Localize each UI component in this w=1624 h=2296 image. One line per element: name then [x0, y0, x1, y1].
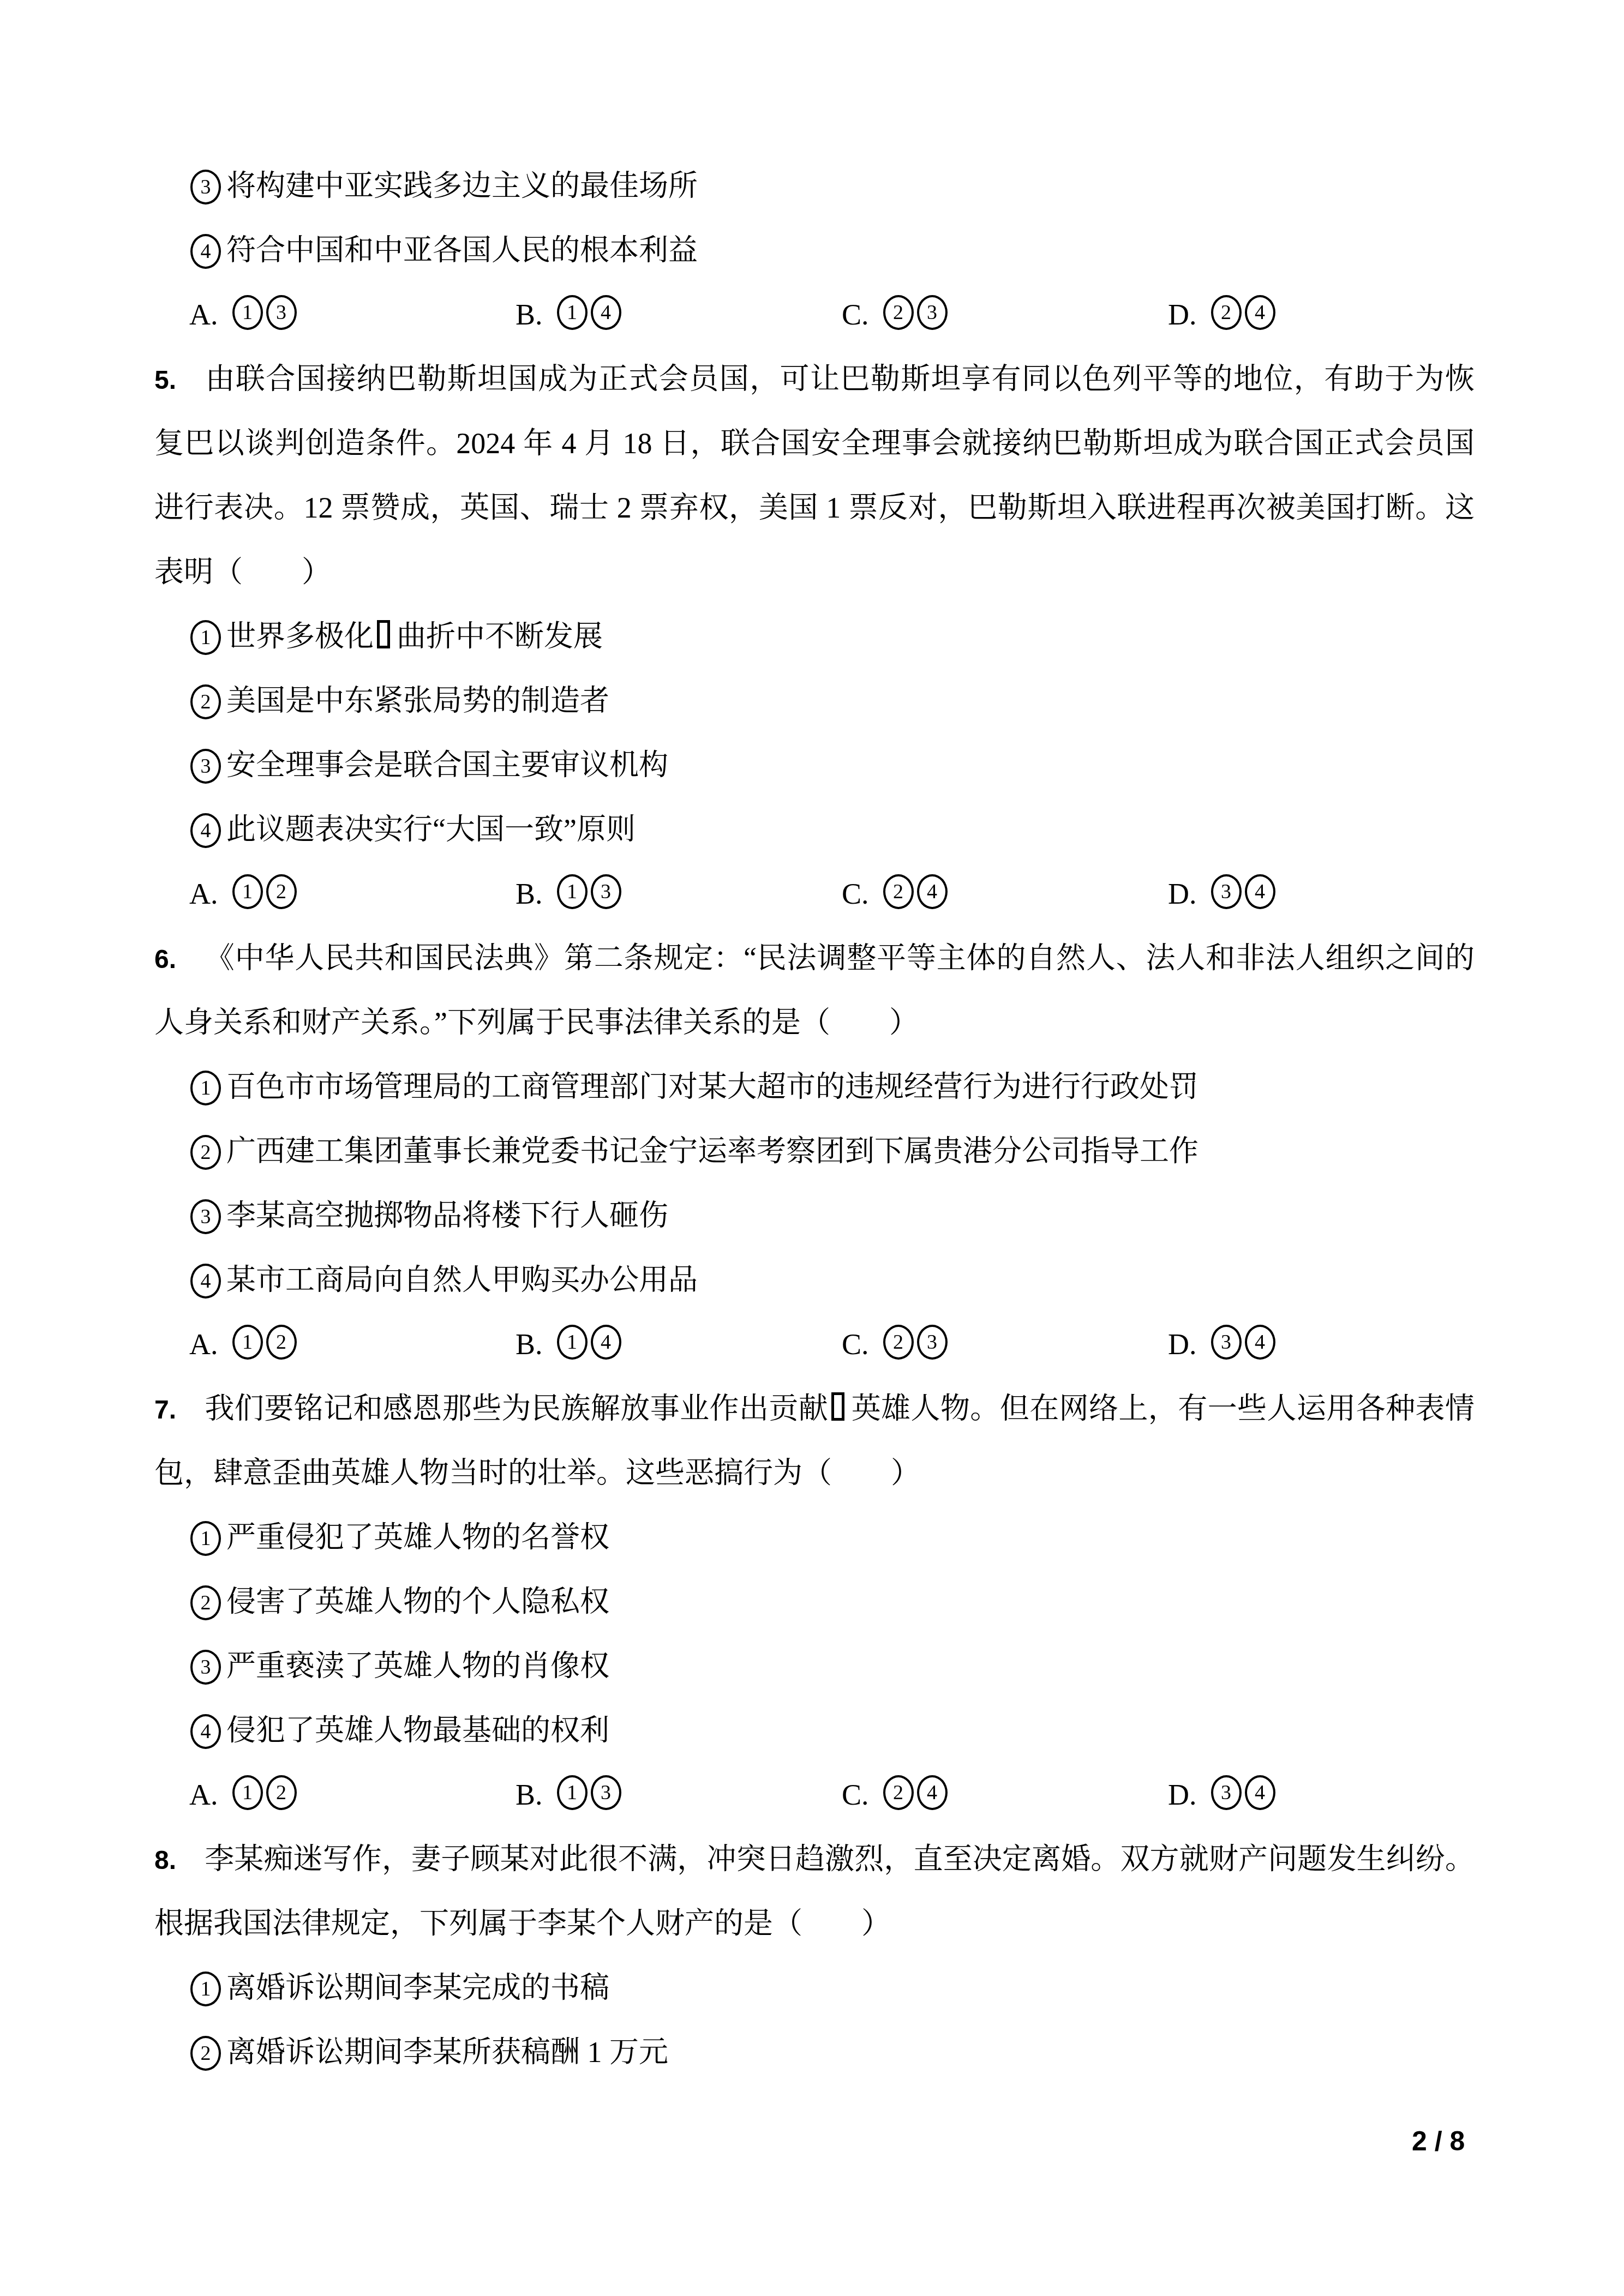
circled-number-icon: 3 — [1211, 874, 1242, 909]
circled-number-icon: 3 — [591, 874, 621, 909]
question6-option-2: 2广西建工集团董事长兼党委书记金宁运率考察团到下属贵港分公司指导工作 — [154, 1119, 1475, 1183]
circled-number-icon: 2 — [883, 874, 914, 909]
option-text: 广西建工集团董事长兼党委书记金宁运率考察团到下属贵港分公司指导工作 — [226, 1135, 1198, 1168]
circled-number-icon: 3 — [190, 749, 221, 784]
option-text: 符合中国和中亚各国人民的根本利益 — [226, 234, 698, 267]
circled-number-icon: 1 — [190, 1972, 221, 2006]
option-text: 离婚诉讼期间李某完成的书稿 — [226, 1972, 609, 2004]
answer-choice-d: D.34 — [1168, 1327, 1279, 1362]
answer-label: B. — [516, 877, 543, 911]
option-text: 侵犯了英雄人物最基础的权利 — [226, 1714, 609, 1747]
question7-stem-line1: 7.我们要铭记和感恩那些为民族解放事业作出贡献英雄人物。但在网络上，有一些人运用… — [154, 1377, 1475, 1441]
missing-glyph-box-icon — [831, 1392, 844, 1421]
answer-label: A. — [189, 1327, 218, 1361]
answer-label: C. — [842, 1327, 869, 1361]
circled-number-icon: 3 — [266, 295, 297, 330]
circled-number-icon: 2 — [266, 1325, 297, 1360]
question5-answer-row: A.12 B.13 C.24 D.34 — [154, 862, 1475, 926]
circled-number-icon: 4 — [190, 1714, 221, 1749]
answer-label: C. — [842, 298, 869, 332]
answer-choice-b: B.13 — [516, 1777, 842, 1812]
circled-number-icon: 3 — [1211, 1775, 1242, 1810]
circled-number-icon: 2 — [190, 684, 221, 719]
answer-choice-d: D.24 — [1168, 297, 1279, 332]
question-number: 8. — [154, 1829, 205, 1893]
answer-choice-a: A.12 — [189, 1777, 516, 1812]
circled-number-icon: 1 — [232, 295, 263, 330]
question6-option-3: 3李某高空抛掷物品将楼下行人砸伤 — [154, 1183, 1475, 1248]
option-text: 曲折中不断发展 — [397, 620, 603, 653]
answer-label: D. — [1168, 1778, 1197, 1812]
question5-stem-line4: 表明（ ） — [154, 540, 1475, 604]
circled-number-icon: 3 — [1211, 1325, 1242, 1360]
circled-number-icon: 2 — [190, 1585, 221, 1620]
stem-text: 英雄人物。但在网络上，有一些人运用各种表情 — [851, 1392, 1475, 1425]
circled-number-icon: 4 — [190, 234, 221, 269]
option-text: 严重侵犯了英雄人物的名誉权 — [226, 1521, 609, 1554]
missing-glyph-box-icon — [377, 620, 390, 648]
question7-option-1: 1严重侵犯了英雄人物的名誉权 — [154, 1505, 1475, 1570]
answer-label: D. — [1168, 298, 1197, 332]
question4-option-4: 4符合中国和中亚各国人民的根本利益 — [154, 218, 1475, 283]
question5-stem-line3: 进行表决。12 票赞成，英国、瑞士 2 票弃权，美国 1 票反对，巴勒斯坦入联进… — [154, 476, 1475, 540]
answer-label: A. — [189, 877, 218, 911]
question8-option-1: 1离婚诉讼期间李某完成的书稿 — [154, 1956, 1475, 2020]
circled-number-icon: 1 — [190, 620, 221, 655]
option-text: 侵害了英雄人物的个人隐私权 — [226, 1585, 609, 1618]
answer-choice-c: C.23 — [842, 297, 1168, 332]
circled-number-icon: 2 — [883, 1325, 914, 1360]
question5-option-4: 4此议题表决实行“大国一致”原则 — [154, 797, 1475, 862]
option-text: 严重亵渎了英雄人物的肖像权 — [226, 1650, 609, 1682]
answer-choice-a: A.13 — [189, 297, 516, 332]
circled-number-icon: 3 — [190, 1199, 221, 1234]
stem-text: 复巴以谈判创造条件。2024 年 4 月 18 日，联合国安全理事会就接纳巴勒斯… — [154, 427, 1475, 460]
answer-choice-a: A.12 — [189, 1327, 516, 1362]
circled-number-icon: 1 — [190, 1071, 221, 1105]
circled-number-icon: 1 — [557, 1325, 588, 1360]
circled-number-icon: 1 — [232, 874, 263, 909]
question7-option-4: 4侵犯了英雄人物最基础的权利 — [154, 1698, 1475, 1763]
circled-number-icon: 4 — [591, 295, 621, 330]
question7-option-3: 3严重亵渎了英雄人物的肖像权 — [154, 1634, 1475, 1698]
circled-number-icon: 1 — [557, 1775, 588, 1810]
stem-text: 我们要铭记和感恩那些为民族解放事业作出贡献 — [205, 1392, 828, 1425]
stem-text: 进行表决。12 票赞成，英国、瑞士 2 票弃权，美国 1 票反对，巴勒斯坦入联进… — [154, 491, 1475, 524]
question5-stem-line2: 复巴以谈判创造条件。2024 年 4 月 18 日，联合国安全理事会就接纳巴勒斯… — [154, 411, 1475, 476]
answer-choice-b: B.13 — [516, 876, 842, 911]
question7-option-2: 2侵害了英雄人物的个人隐私权 — [154, 1570, 1475, 1634]
circled-number-icon: 3 — [917, 295, 948, 330]
question5-stem-line1: 5.由联合国接纳巴勒斯坦国成为正式会员国，可让巴勒斯坦享有同以色列平等的地位，有… — [154, 347, 1475, 411]
circled-number-icon: 3 — [591, 1775, 621, 1810]
answer-label: D. — [1168, 1327, 1197, 1361]
answer-label: B. — [516, 1778, 543, 1812]
circled-number-icon: 4 — [190, 1264, 221, 1299]
answer-label: C. — [842, 877, 869, 911]
stem-text: 根据我国法律规定，下列属于李某个人财产的是（ ） — [154, 1907, 891, 1940]
page-content: 3将构建中亚实践多边主义的最佳场所 4符合中国和中亚各国人民的根本利益 A.13… — [154, 0, 1475, 2084]
answer-choice-d: D.34 — [1168, 876, 1279, 911]
question4-answer-row: A.13 B.14 C.23 D.24 — [154, 283, 1475, 347]
circled-number-icon: 4 — [1245, 1775, 1275, 1810]
stem-text: 表明（ ） — [154, 556, 331, 588]
circled-number-icon: 4 — [917, 874, 948, 909]
circled-number-icon: 3 — [190, 1650, 221, 1685]
stem-text: 李某痴迷写作，妻子顾某对此很不满，冲突日趋激烈，直至决定离婚。双方就财产问题发生… — [205, 1843, 1475, 1876]
circled-number-icon: 2 — [190, 1135, 221, 1170]
circled-number-icon: 2 — [266, 1775, 297, 1810]
answer-choice-b: B.14 — [516, 1327, 842, 1362]
stem-text: 《中华人民共和国民法典》第二条规定：“民法调整平等主体的自然人、法人和非法人组织… — [205, 942, 1475, 975]
circled-number-icon: 4 — [917, 1775, 948, 1810]
answer-choice-c: C.24 — [842, 1777, 1168, 1812]
question6-stem-line1: 6.《中华人民共和国民法典》第二条规定：“民法调整平等主体的自然人、法人和非法人… — [154, 926, 1475, 990]
question6-answer-row: A.12 B.14 C.23 D.34 — [154, 1312, 1475, 1377]
circled-number-icon: 2 — [883, 1775, 914, 1810]
page-number: 2 / 8 — [1412, 2125, 1465, 2157]
circled-number-icon: 1 — [190, 1521, 221, 1556]
circled-number-icon: 1 — [557, 295, 588, 330]
question8-stem-line2: 根据我国法律规定，下列属于李某个人财产的是（ ） — [154, 1891, 1475, 1956]
option-text: 某市工商局向自然人甲购买办公用品 — [226, 1264, 698, 1296]
answer-label: B. — [516, 298, 543, 332]
circled-number-icon: 2 — [883, 295, 914, 330]
circled-number-icon: 2 — [190, 2036, 221, 2071]
question5-option-3: 3安全理事会是联合国主要审议机构 — [154, 733, 1475, 797]
option-text: 李某高空抛掷物品将楼下行人砸伤 — [226, 1199, 668, 1232]
option-text: 百色市市场管理局的工商管理部门对某大超市的违规经营行为进行行政处罚 — [226, 1071, 1198, 1103]
question5-option-1: 1世界多极化曲折中不断发展 — [154, 604, 1475, 669]
answer-label: D. — [1168, 877, 1197, 911]
question-number: 7. — [154, 1378, 205, 1442]
circled-number-icon: 3 — [190, 170, 221, 205]
option-text: 世界多极化 — [226, 620, 374, 653]
exam-document-page: 3将构建中亚实践多边主义的最佳场所 4符合中国和中亚各国人民的根本利益 A.13… — [0, 0, 1624, 2296]
stem-text: 人身关系和财产关系。”下列属于民事法律关系的是（ ） — [154, 1006, 919, 1039]
circled-number-icon: 1 — [232, 1775, 263, 1810]
question6-stem-line2: 人身关系和财产关系。”下列属于民事法律关系的是（ ） — [154, 990, 1475, 1055]
circled-number-icon: 4 — [190, 813, 221, 848]
circled-number-icon: 2 — [1211, 295, 1242, 330]
circled-number-icon: 3 — [917, 1325, 948, 1360]
question6-option-4: 4某市工商局向自然人甲购买办公用品 — [154, 1248, 1475, 1312]
circled-number-icon: 4 — [1245, 874, 1275, 909]
question8-stem-line1: 8.李某痴迷写作，妻子顾某对此很不满，冲突日趋激烈，直至决定离婚。双方就财产问题… — [154, 1827, 1475, 1891]
stem-text: 包，肆意歪曲英雄人物当时的壮举。这些恶搞行为（ ） — [154, 1457, 920, 1489]
question7-answer-row: A.12 B.13 C.24 D.34 — [154, 1763, 1475, 1827]
option-text: 离婚诉讼期间李某所获稿酬 1 万元 — [226, 2036, 668, 2069]
answer-choice-b: B.14 — [516, 297, 842, 332]
circled-number-icon: 4 — [1245, 295, 1275, 330]
option-text: 将构建中亚实践多边主义的最佳场所 — [226, 170, 698, 202]
question5-option-2: 2美国是中东紧张局势的制造者 — [154, 669, 1475, 733]
circled-number-icon: 1 — [232, 1325, 263, 1360]
question8-option-2: 2离婚诉讼期间李某所获稿酬 1 万元 — [154, 2020, 1475, 2084]
answer-choice-d: D.34 — [1168, 1777, 1279, 1812]
question-number: 5. — [154, 348, 205, 413]
question6-option-1: 1百色市市场管理局的工商管理部门对某大超市的违规经营行为进行行政处罚 — [154, 1055, 1475, 1119]
circled-number-icon: 1 — [557, 874, 588, 909]
circled-number-icon: 4 — [591, 1325, 621, 1360]
answer-choice-c: C.23 — [842, 1327, 1168, 1362]
question4-option-3: 3将构建中亚实践多边主义的最佳场所 — [154, 154, 1475, 218]
circled-number-icon: 2 — [266, 874, 297, 909]
answer-choice-a: A.12 — [189, 876, 516, 911]
answer-label: B. — [516, 1327, 543, 1361]
question-number: 6. — [154, 928, 205, 992]
option-text: 此议题表决实行“大国一致”原则 — [226, 813, 636, 846]
circled-number-icon: 4 — [1245, 1325, 1275, 1360]
question7-stem-line2: 包，肆意歪曲英雄人物当时的壮举。这些恶搞行为（ ） — [154, 1441, 1475, 1505]
option-text: 美国是中东紧张局势的制造者 — [226, 684, 609, 717]
option-text: 安全理事会是联合国主要审议机构 — [226, 749, 668, 782]
answer-label: A. — [189, 1778, 218, 1812]
answer-label: C. — [842, 1778, 869, 1812]
answer-choice-c: C.24 — [842, 876, 1168, 911]
stem-text: 由联合国接纳巴勒斯坦国成为正式会员国，可让巴勒斯坦享有同以色列平等的地位，有助于… — [205, 363, 1475, 395]
answer-label: A. — [189, 298, 218, 332]
